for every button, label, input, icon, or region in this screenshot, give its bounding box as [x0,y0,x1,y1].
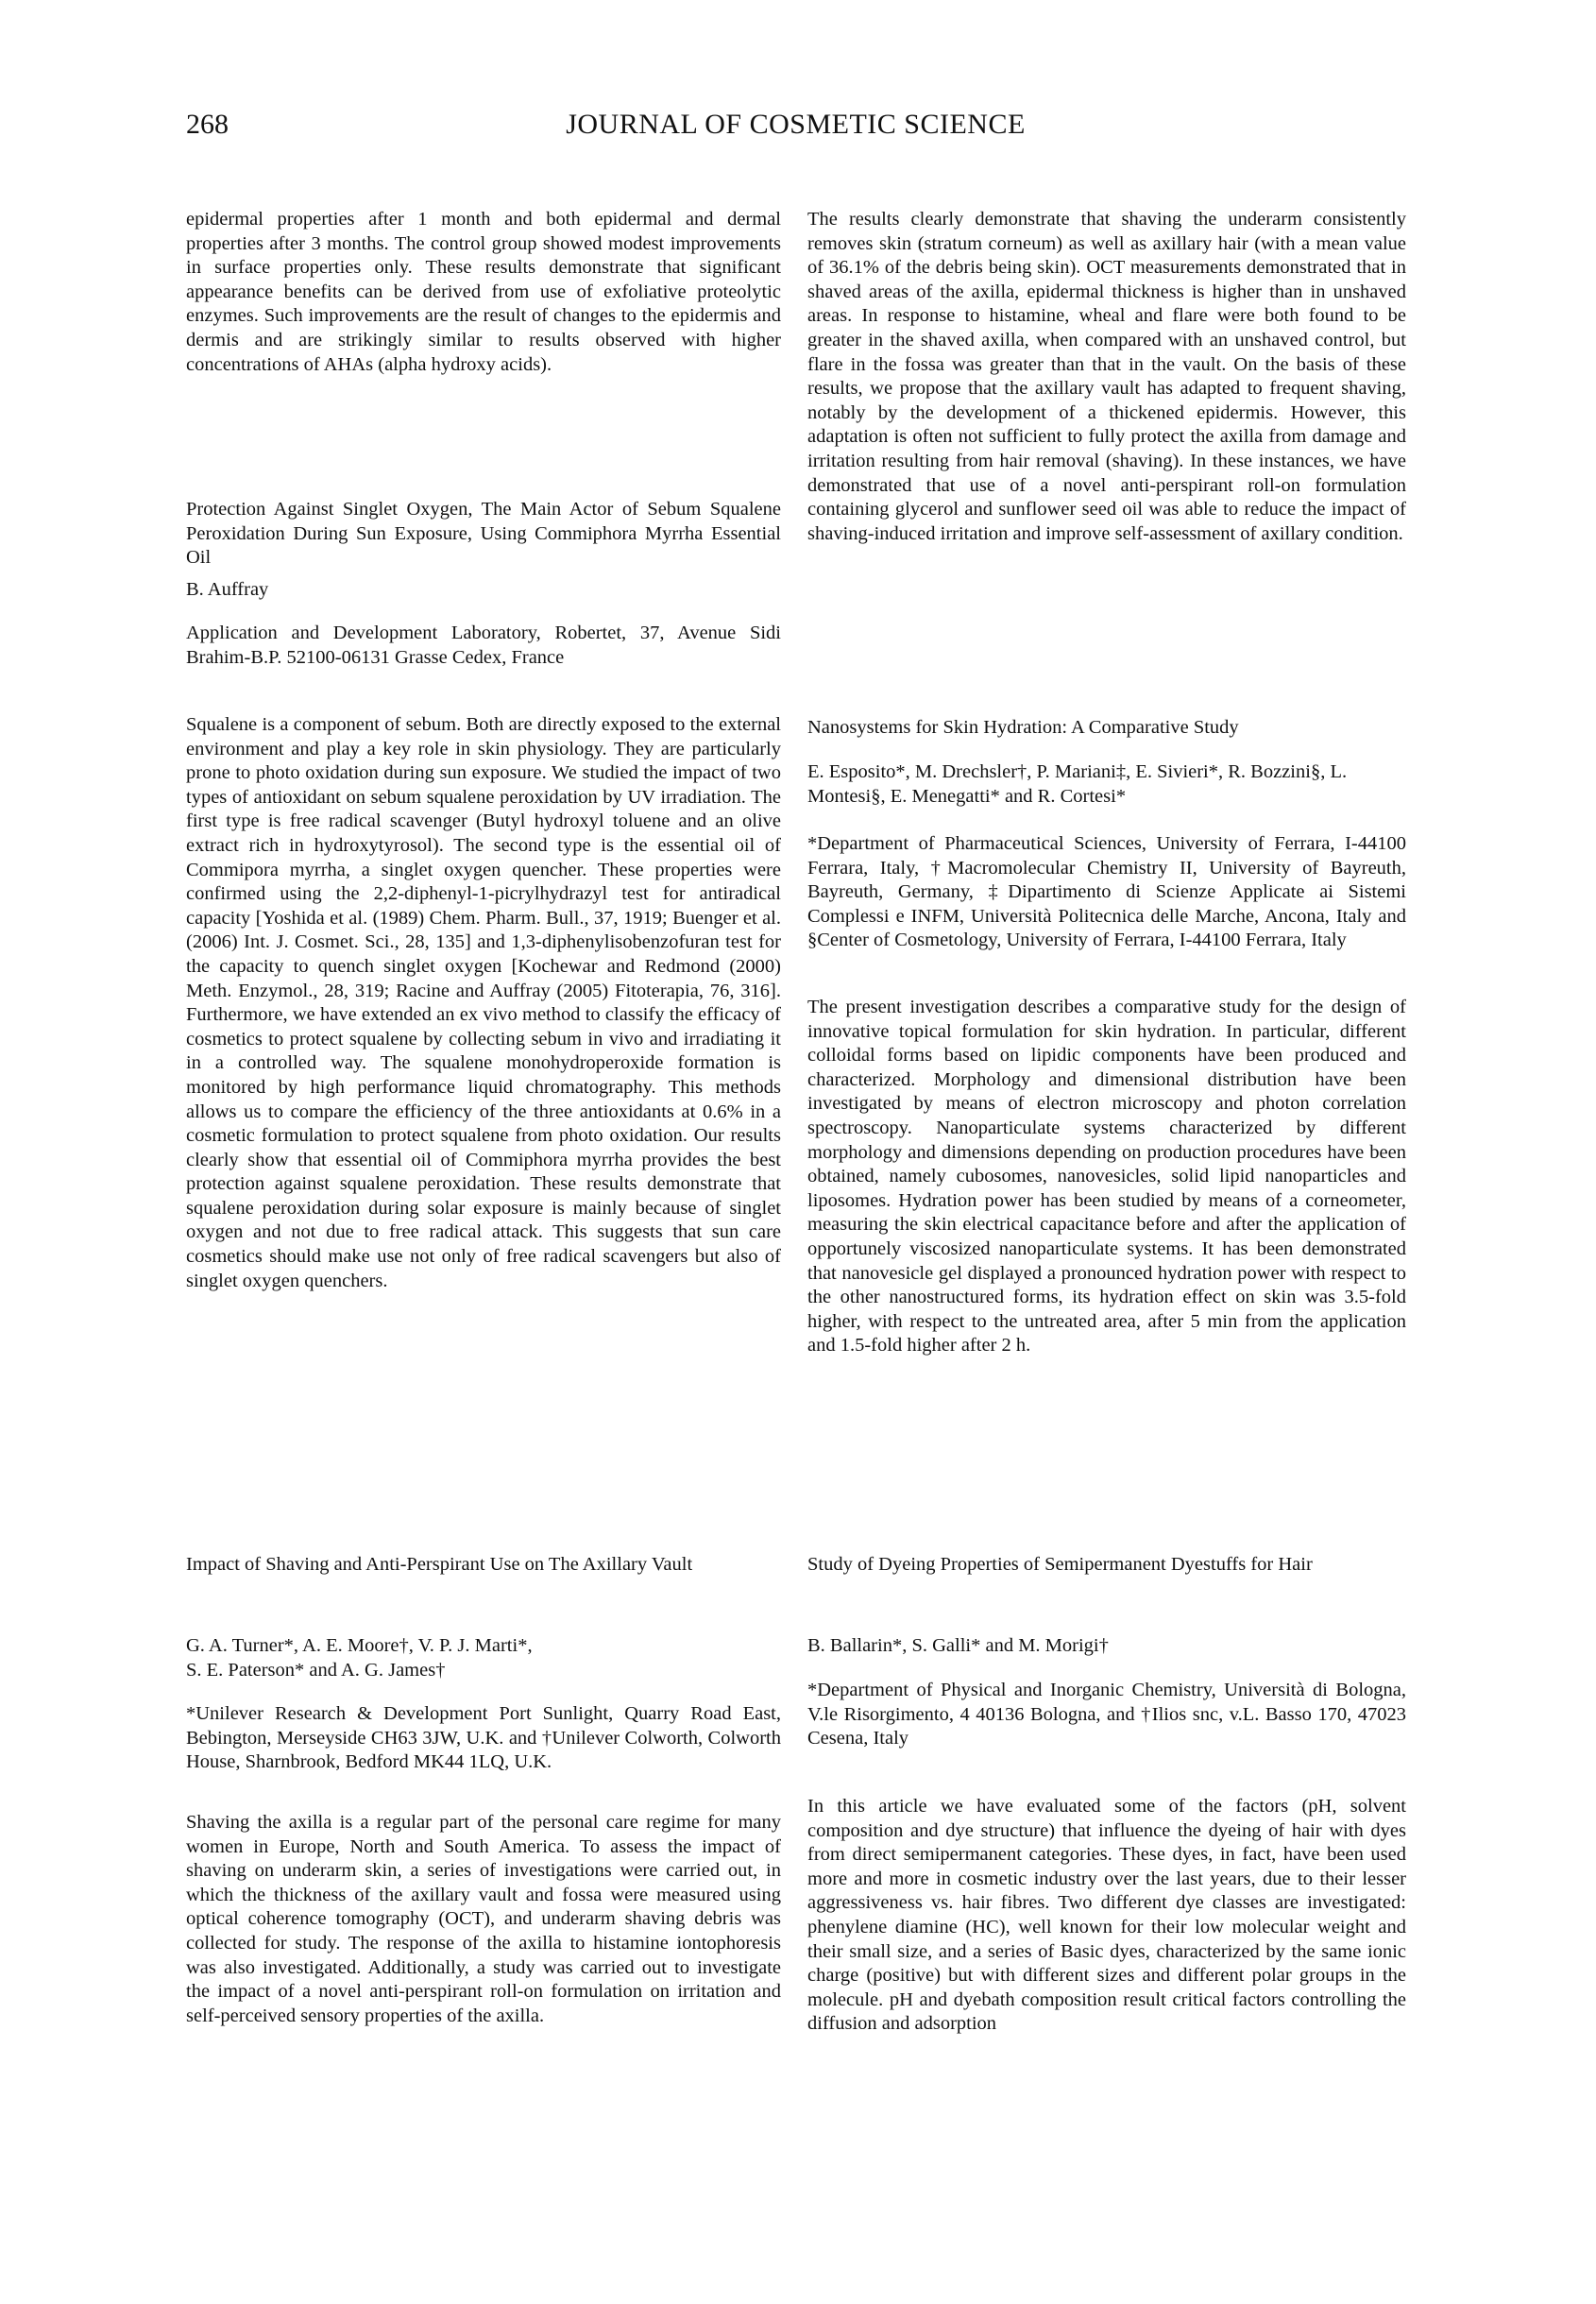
continued-abstract: The results clearly demonstrate that sha… [807,208,1406,546]
article-authors: G. A. Turner*, A. E. Moore†, V. P. J. Ma… [186,1634,781,1682]
article-abstract: The present investigation describes a co… [807,996,1406,1358]
article-abstract: Shaving the axilla is a regular part of … [186,1811,781,2028]
authors-line-2: S. E. Paterson* and A. G. James† [186,1660,445,1681]
article-affiliation: *Department of Physical and Inorganic Ch… [807,1679,1406,1751]
continued-abstract: epidermal properties after 1 month and b… [186,208,781,377]
article-title: Study of Dyeing Properties of Semiperman… [807,1553,1406,1578]
article-affiliation: *Unilever Research & Development Port Su… [186,1702,781,1775]
article-title: Nanosystems for Skin Hydration: A Compar… [807,716,1406,741]
authors-line-1: G. A. Turner*, A. E. Moore†, V. P. J. Ma… [186,1635,533,1656]
article-abstract: In this article we have evaluated some o… [807,1795,1406,2037]
article-title: Impact of Shaving and Anti-Perspirant Us… [186,1553,781,1578]
article-affiliation: *Department of Pharmaceutical Sciences, … [807,832,1406,953]
article-authors: B. Auffray [186,578,781,603]
article-affiliation: Application and Development Laboratory, … [186,622,781,670]
article-authors: E. Esposito*, M. Drechsler†, P. Mariani‡… [807,760,1406,809]
running-head: 268 JOURNAL OF COSMETIC SCIENCE [186,106,1405,144]
article-abstract: Squalene is a component of sebum. Both a… [186,713,781,1293]
journal-title: JOURNAL OF COSMETIC SCIENCE [186,106,1405,144]
article-authors: B. Ballarin*, S. Galli* and M. Morigi† [807,1634,1406,1659]
article-title: Protection Against Singlet Oxygen, The M… [186,498,781,571]
